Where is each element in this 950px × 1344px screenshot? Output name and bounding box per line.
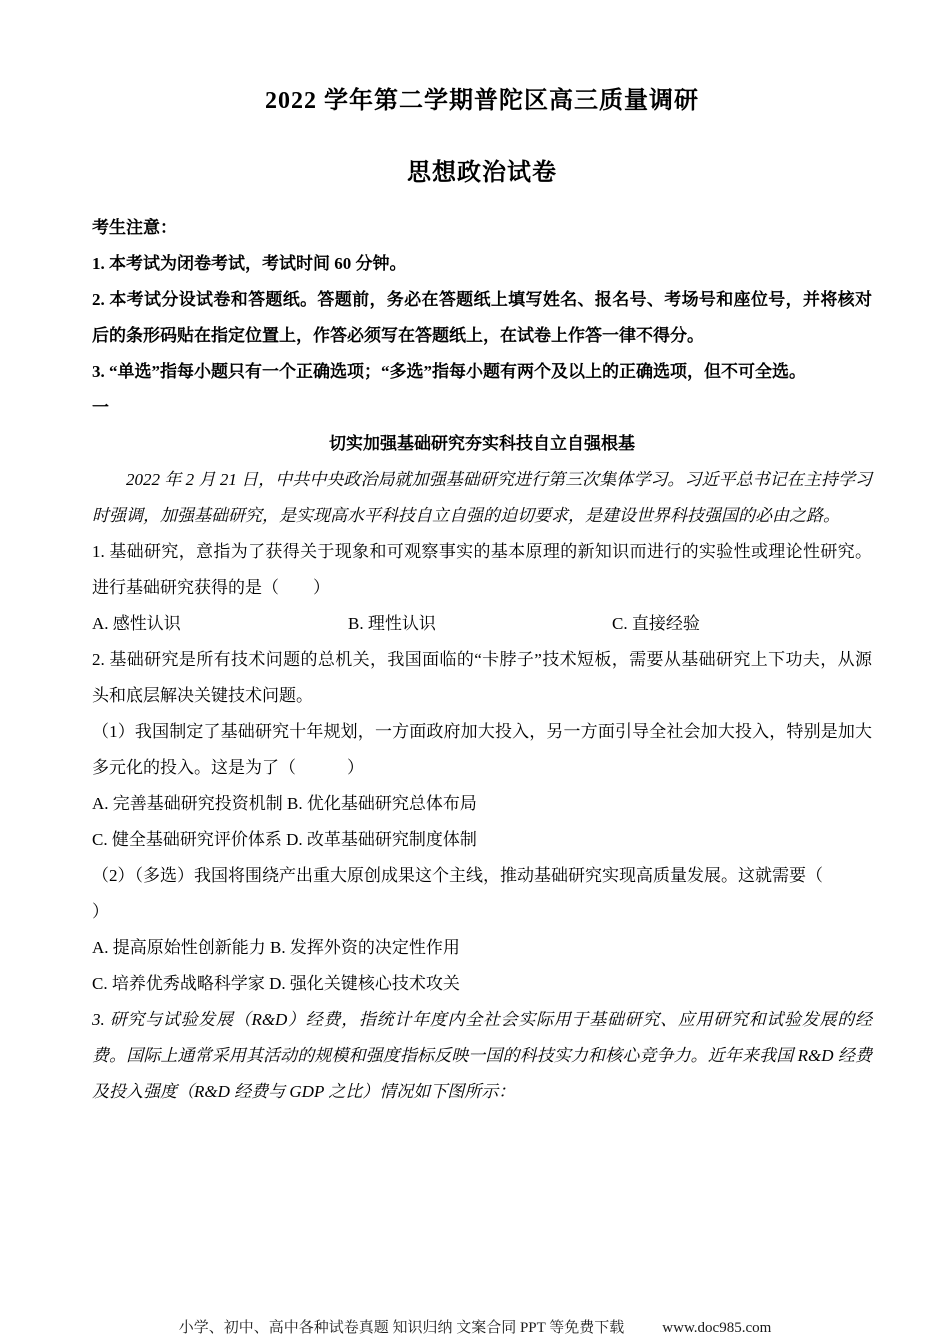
question-2-sub1-stem: （1）我国制定了基础研究十年规划，一方面政府加大投入，另一方面引导全社会加大投入… xyxy=(92,714,872,786)
question-2-sub2-options-ab: A. 提高原始性创新能力 B. 发挥外资的决定性作用 xyxy=(92,930,872,966)
question-3-stem: 3. 研究与试验发展（R&D）经费，指统计年度内全社会实际用于基础研究、应用研究… xyxy=(92,1002,872,1110)
footer-promo-text: 小学、初中、高中各种试卷真题 知识归纳 文案合同 PPT 等免费下载 xyxy=(179,1320,625,1336)
notice-item-1: 1. 本考试为闭卷考试，考试时间 60 分钟。 xyxy=(92,246,872,282)
document-content: 2022 学年第二学期普陀区高三质量调研 思想政治试卷 考生注意： 1. 本考试… xyxy=(92,84,872,1110)
question-1-option-b: B. 理性认识 xyxy=(348,606,612,642)
question-2-stem: 2. 基础研究是所有技术问题的总机关，我国面临的“卡脖子”技术短板，需要从基础研… xyxy=(92,642,872,714)
question-2-sub1-options-cd: C. 健全基础研究评价体系 D. 改革基础研究制度体制 xyxy=(92,822,872,858)
footer-site-link[interactable]: www.doc985.com xyxy=(662,1320,771,1336)
page-footer: 小学、初中、高中各种试卷真题 知识归纳 文案合同 PPT 等免费下载www.do… xyxy=(0,1318,950,1338)
question-1-options-row: A. 感性认识 B. 理性认识 C. 直接经验 xyxy=(92,606,872,642)
document-body: 考生注意： 1. 本考试为闭卷考试，考试时间 60 分钟。 2. 本考试分设试卷… xyxy=(92,210,872,1110)
notice-item-3: 3. “单选”指每小题只有一个正确选项；“多选”指每小题有两个及以上的正确选项，… xyxy=(92,354,872,390)
question-2-sub2-options-cd: C. 培养优秀战略科学家 D. 强化关键核心技术攻关 xyxy=(92,966,872,1002)
question-2-sub2-stem-line2: ） xyxy=(92,894,872,930)
essay-title: 切实加强基础研究夯实科技自立自强根基 xyxy=(92,426,872,462)
document-page: 2022 学年第二学期普陀区高三质量调研 思想政治试卷 考生注意： 1. 本考试… xyxy=(0,0,950,1344)
question-2-sub1-options-ab: A. 完善基础研究投资机制 B. 优化基础研究总体布局 xyxy=(92,786,872,822)
question-1-option-c: C. 直接经验 xyxy=(612,606,700,642)
essay-intro-paragraph: 2022 年 2 月 21 日，中共中央政治局就加强基础研究进行第三次集体学习。… xyxy=(92,462,872,534)
exam-subtitle: 思想政治试卷 xyxy=(92,156,872,190)
notice-heading: 考生注意： xyxy=(92,210,872,246)
question-2-sub2-stem-line1: （2）（多选）我国将围绕产出重大原创成果这个主线，推动基础研究实现高质量发展。这… xyxy=(92,858,872,894)
notice-item-2: 2. 本考试分设试卷和答题纸。答题前，务必在答题纸上填写姓名、报名号、考场号和座… xyxy=(92,282,872,354)
question-1-stem: 1. 基础研究，意指为了获得关于现象和可观察事实的基本原理的新知识而进行的实验性… xyxy=(92,534,872,606)
section-marker: 一 xyxy=(92,390,872,426)
question-1-option-a: A. 感性认识 xyxy=(92,606,348,642)
exam-title: 2022 学年第二学期普陀区高三质量调研 xyxy=(92,84,872,118)
